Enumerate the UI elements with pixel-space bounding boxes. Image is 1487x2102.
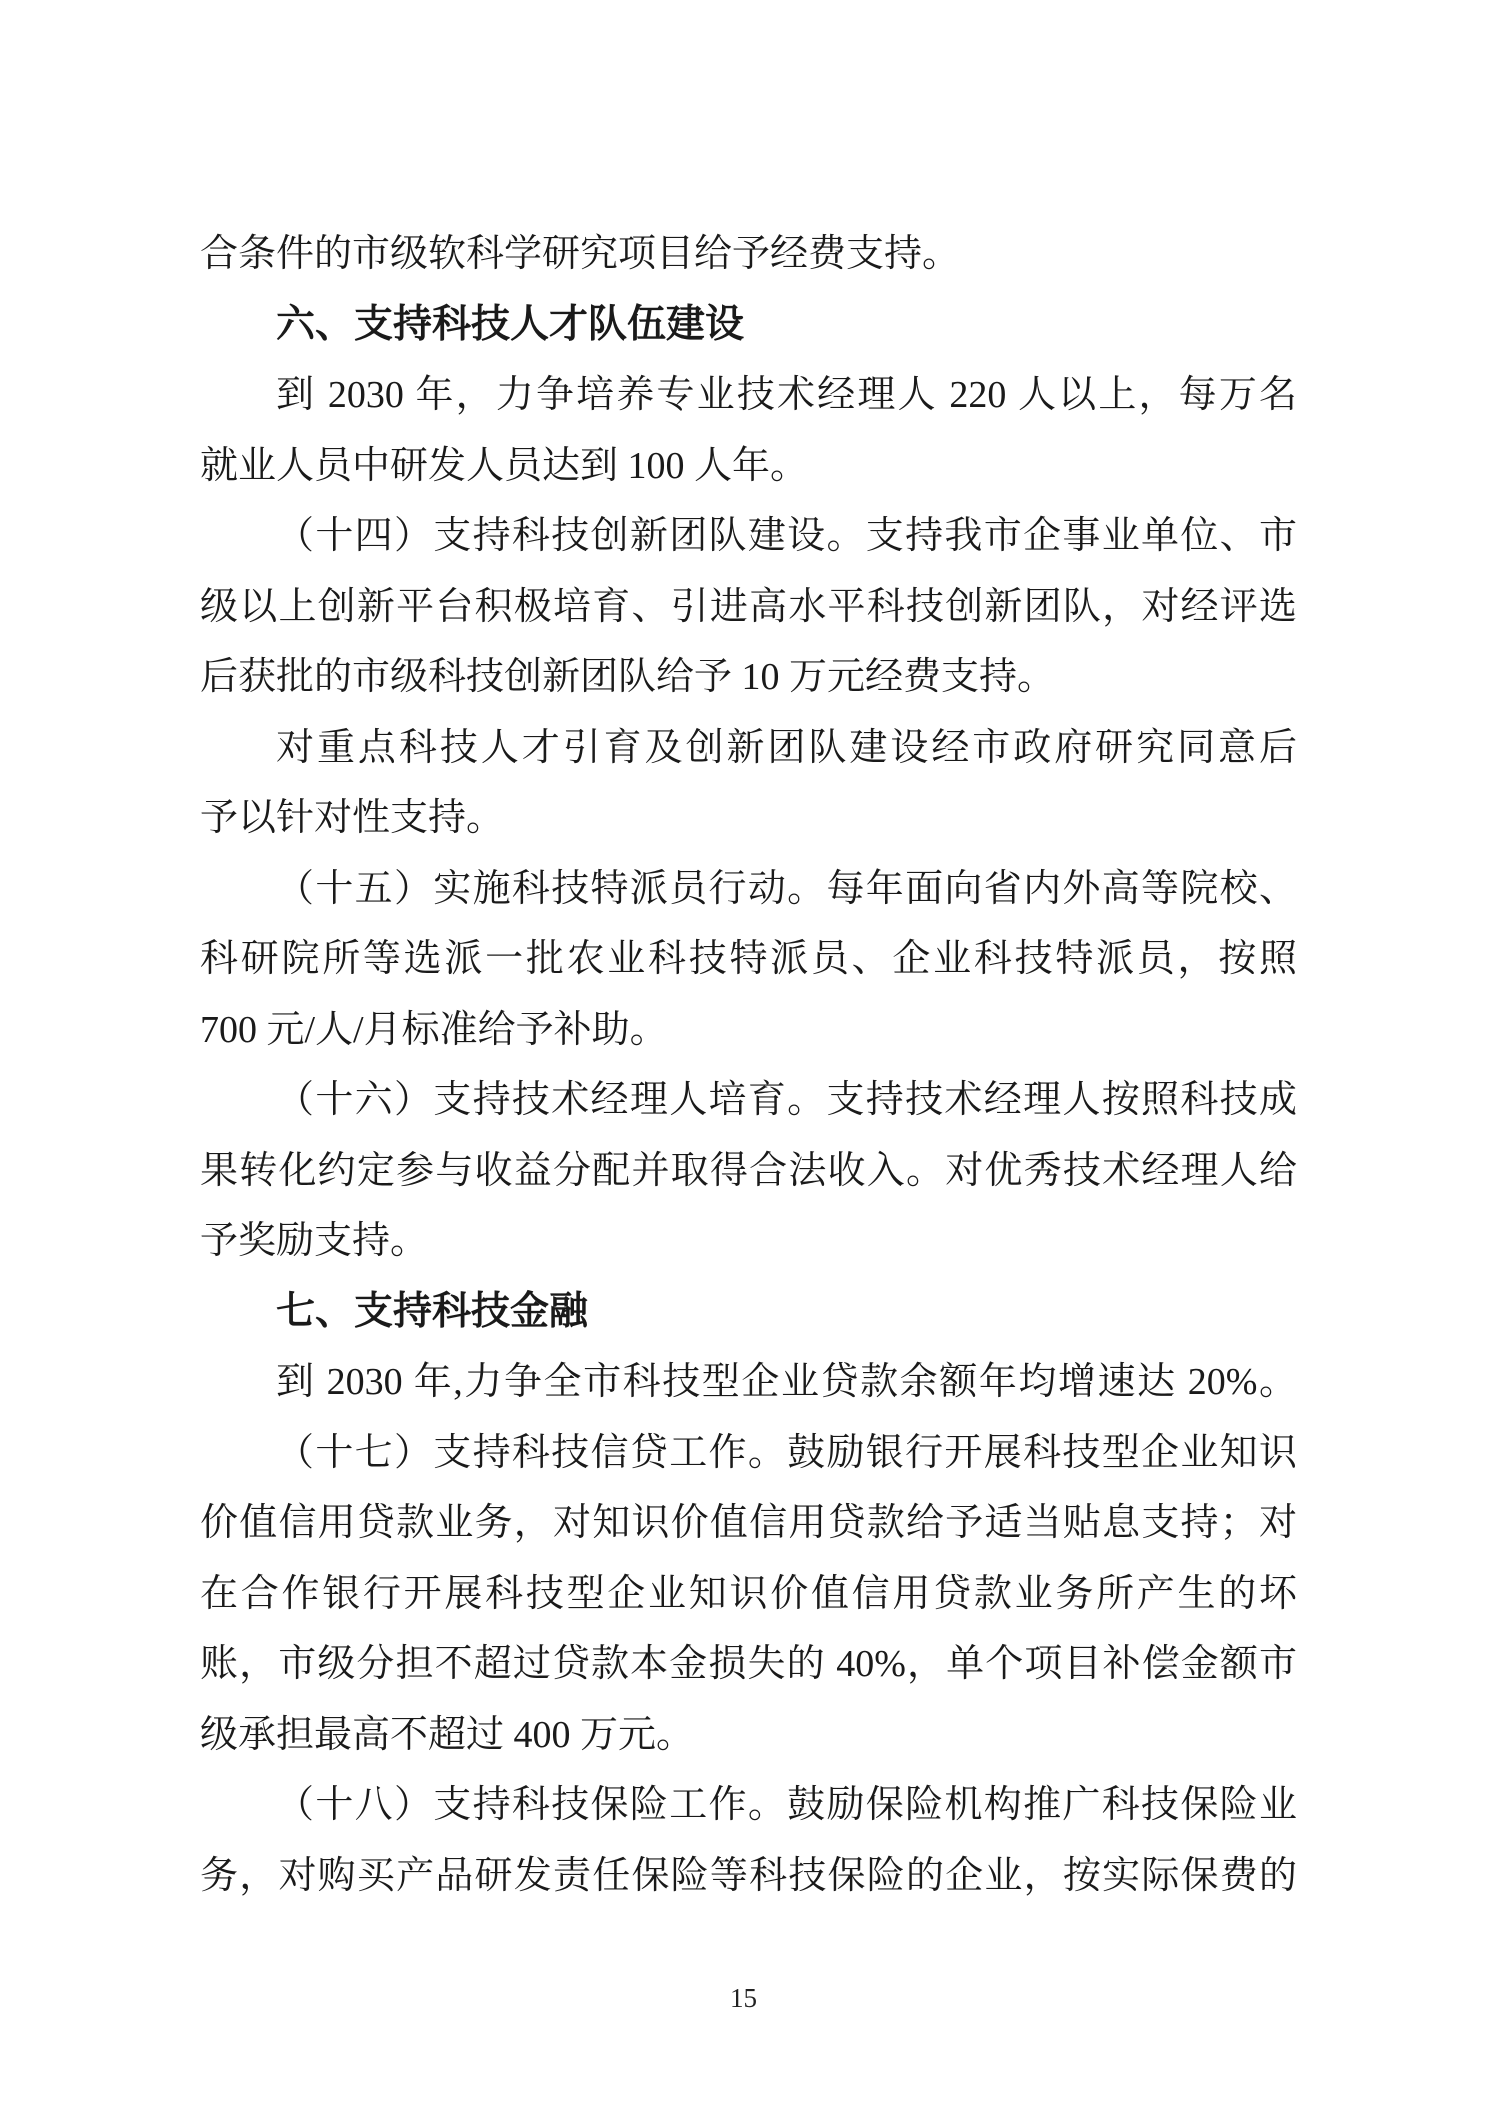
text-line: 价值信用贷款业务，对知识价值信用贷款给予适当贴息支持；对 [200,1488,1297,1559]
text-line: 级以上创新平台积极培育、引进高水平科技创新团队，对经评选 [200,572,1297,643]
text-line: 就业人员中研发人员达到 100 人年。 [200,431,1297,502]
text-line: 对重点科技人才引育及创新团队建设经市政府研究同意后 [200,713,1297,784]
text-line: 予以针对性支持。 [200,783,1297,854]
text-line: 后获批的市级科技创新团队给予 10 万元经费支持。 [200,642,1297,713]
section-heading: 七、支持科技金融 [200,1277,1297,1348]
scanned-document-page: 合条件的市级软科学研究项目给予经费支持。六、支持科技人才队伍建设到 2030 年… [0,0,1487,2102]
text-line: 在合作银行开展科技型企业知识价值信用贷款业务所产生的坏 [200,1559,1297,1630]
text-line: 到 2030 年,力争全市科技型企业贷款余额年均增速达 20%。 [200,1347,1297,1418]
text-line: 予奖励支持。 [200,1206,1297,1277]
text-line: 到 2030 年，力争培养专业技术经理人 220 人以上，每万名 [200,360,1297,431]
section-heading: 六、支持科技人才队伍建设 [200,290,1297,361]
page-number: 15 [0,1982,1487,2014]
text-line: （十六）支持技术经理人培育。支持技术经理人按照科技成 [200,1065,1297,1136]
text-line: （十七）支持科技信贷工作。鼓励银行开展科技型企业知识 [200,1418,1297,1489]
text-line: 果转化约定参与收益分配并取得合法收入。对优秀技术经理人给 [200,1136,1297,1207]
text-line: 账，市级分担不超过贷款本金损失的 40%，单个项目补偿金额市 [200,1629,1297,1700]
text-line: 合条件的市级软科学研究项目给予经费支持。 [200,219,1297,290]
text-line: （十八）支持科技保险工作。鼓励保险机构推广科技保险业 [200,1770,1297,1841]
document-body: 合条件的市级软科学研究项目给予经费支持。六、支持科技人才队伍建设到 2030 年… [200,219,1297,1911]
text-line: （十五）实施科技特派员行动。每年面向省内外高等院校、 [200,854,1297,925]
text-line: 科研院所等选派一批农业科技特派员、企业科技特派员，按照 [200,924,1297,995]
text-line: 务，对购买产品研发责任保险等科技保险的企业，按实际保费的 [200,1841,1297,1912]
text-line: 级承担最高不超过 400 万元。 [200,1700,1297,1771]
text-line: （十四）支持科技创新团队建设。支持我市企事业单位、市 [200,501,1297,572]
text-line: 700 元/人/月标准给予补助。 [200,995,1297,1066]
